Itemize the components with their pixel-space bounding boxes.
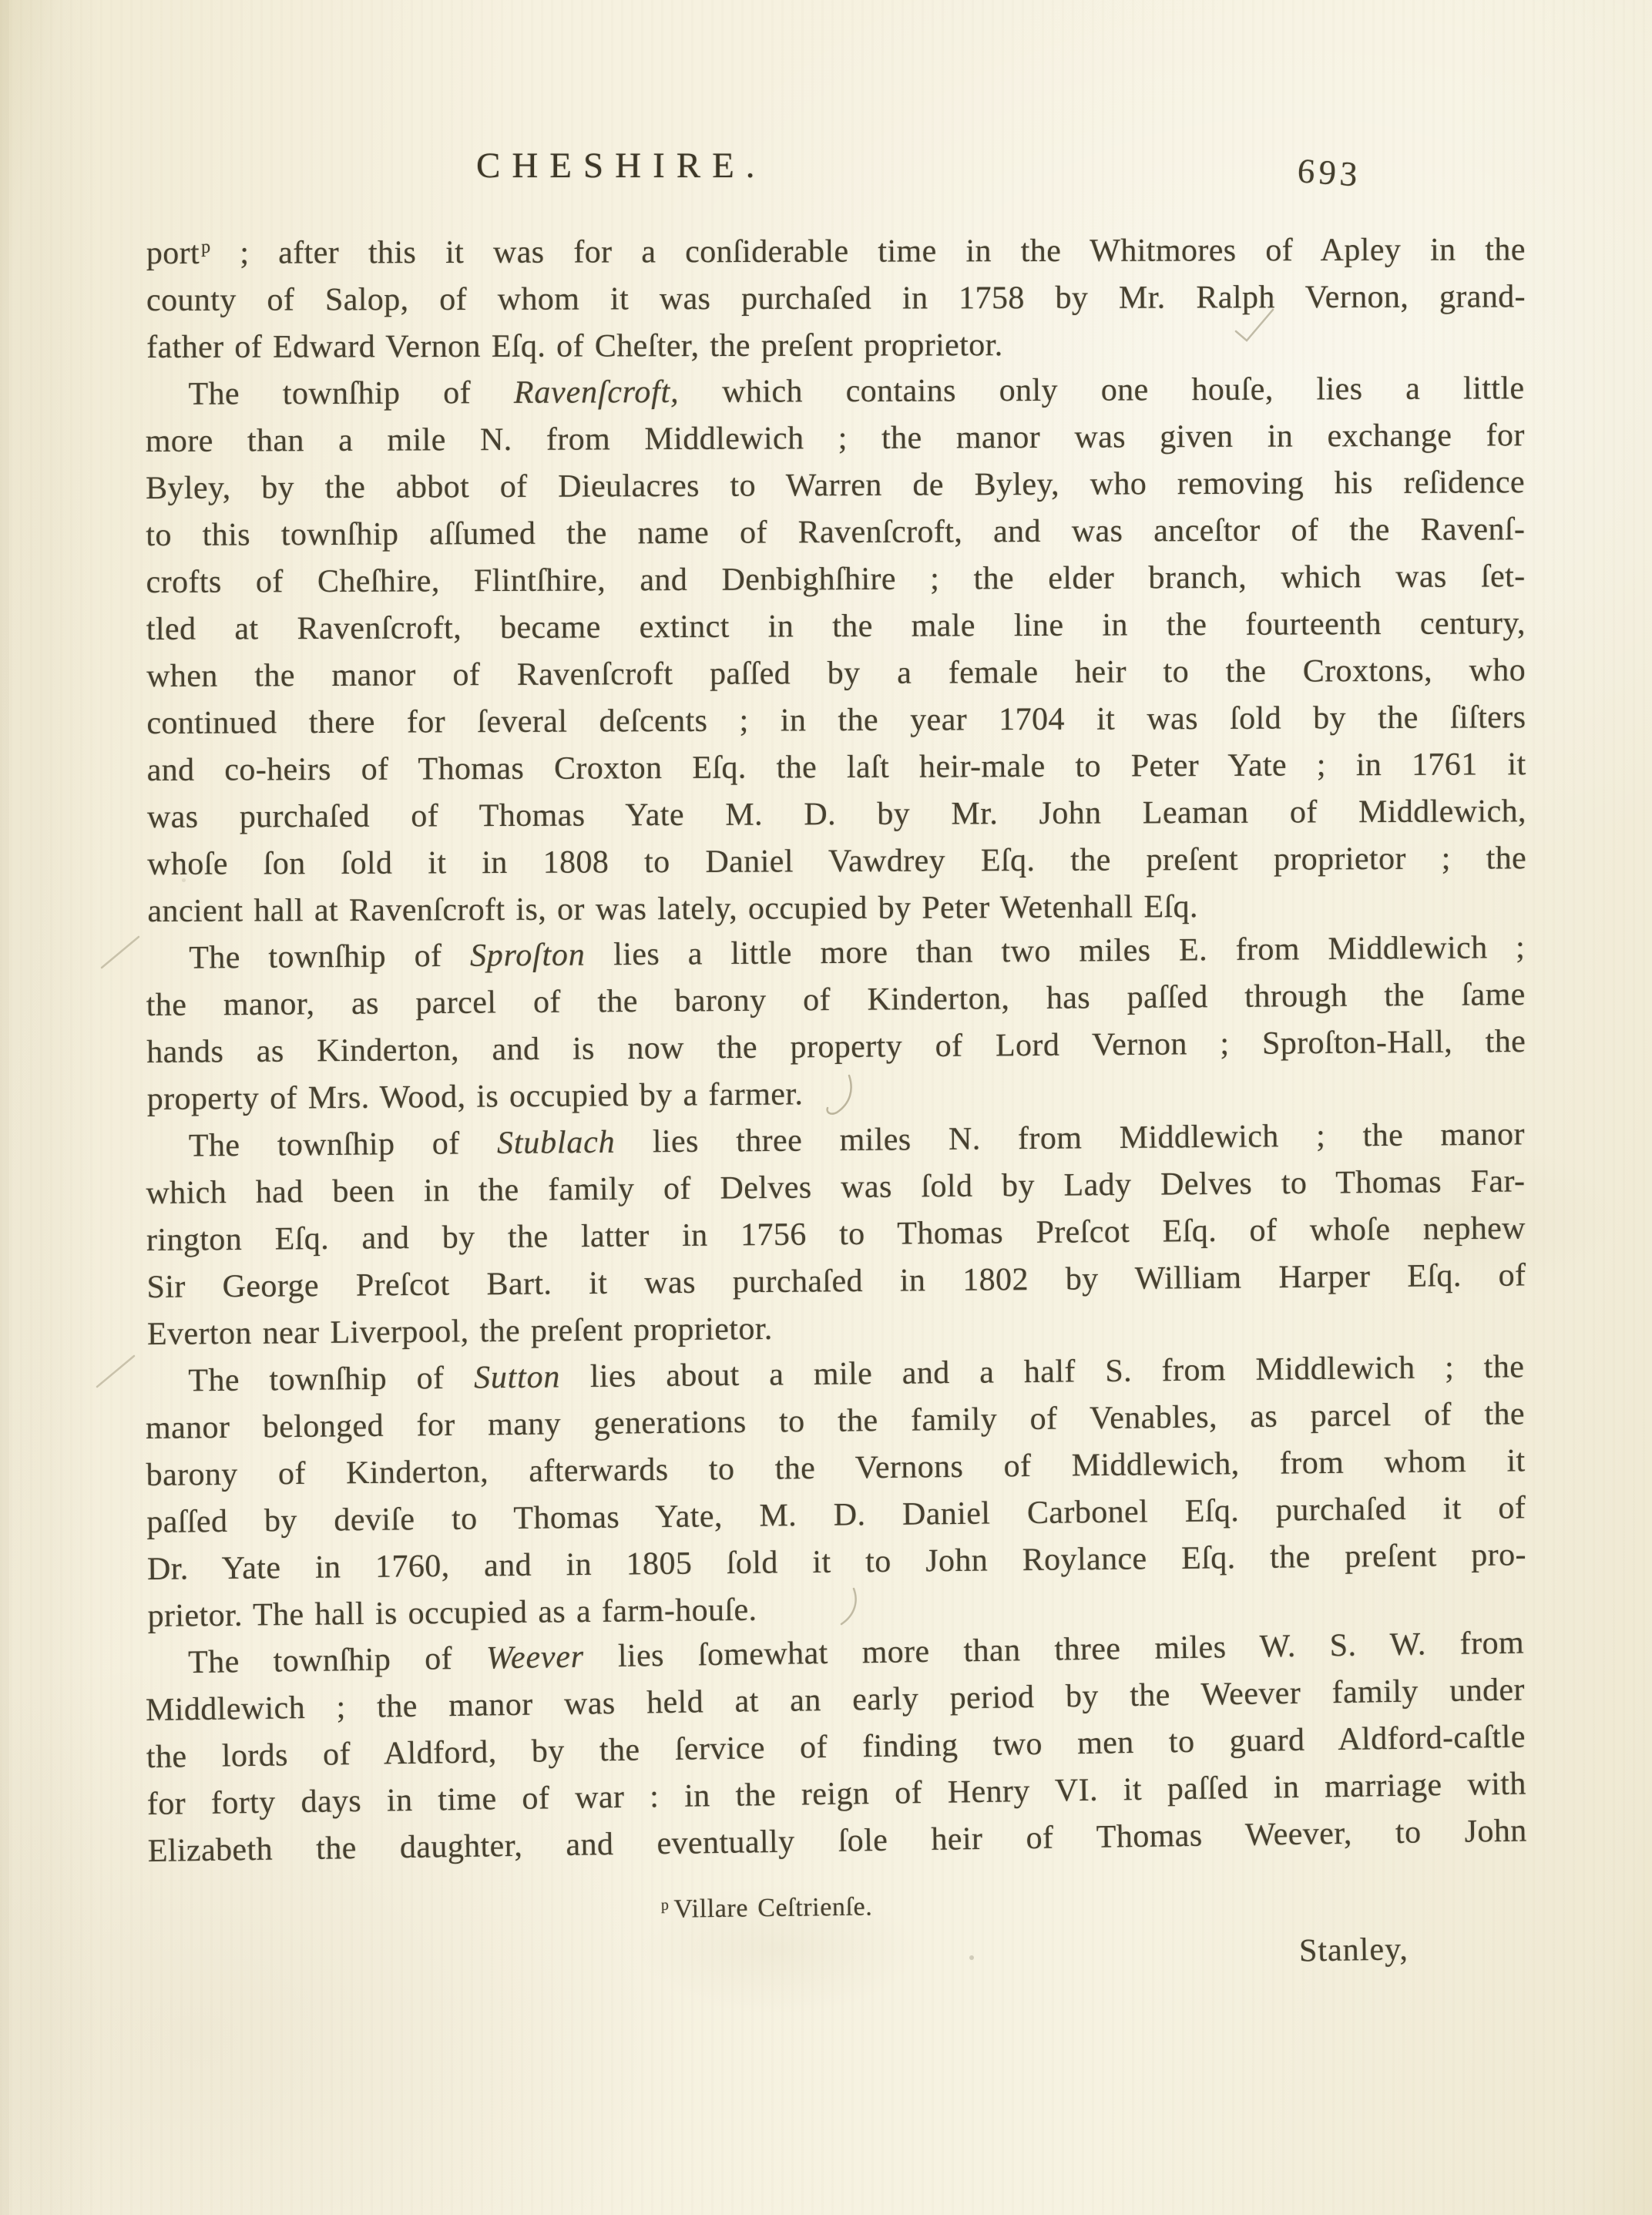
text-segment: property of Mrs. Wood, is occupied by a …	[147, 1076, 804, 1117]
text-line: Byley, by the abbot of Dieulacres to War…	[146, 459, 1525, 512]
text-segment: Sir George Preſcot Bart. it was purchaſe…	[146, 1257, 1526, 1305]
text-segment: barony of Kinderton, afterwards to the V…	[146, 1443, 1525, 1493]
text-segment: Dr. Yate in 1760, and in 1805 ſold it to…	[147, 1537, 1526, 1587]
scanned-book-page: { "page": { "header": { "title": "CHESHI…	[0, 0, 1652, 2215]
pen-mark-slash-sutton	[94, 1353, 137, 1390]
text-segment: rington Eſq. and by the latter in 1756 t…	[146, 1210, 1526, 1258]
text-segment: more than a mile N. from Middlewich ; th…	[146, 418, 1525, 459]
text-block: portp ; after this it was for a conſider…	[146, 230, 1526, 1875]
page-header-title: CHESHIRE.	[476, 145, 767, 186]
footnote: pVillare Ceſtrienſe.	[146, 1884, 1526, 1931]
text-segment: port	[146, 236, 200, 271]
text-line: when the manor of Ravenſcroft paſſed by …	[146, 647, 1526, 700]
text-segment: was purchaſed of Thomas Yate M. D. by Mr…	[147, 794, 1526, 835]
text-line: county of Salop, of whom it was purchaſe…	[146, 274, 1526, 324]
paragraph: The townſhip of Stublach lies three mile…	[146, 1111, 1527, 1358]
text-segment: ancient hall at Ravenſcroft is, or was l…	[147, 889, 1198, 929]
paragraph: portp ; after this it was for a conſider…	[146, 227, 1526, 371]
text-segment: The townſhip of	[188, 375, 514, 412]
pen-mark-slash-sproston	[99, 934, 142, 971]
text-segment: lies ſomewhat more than three miles W. S…	[584, 1625, 1525, 1674]
text-segment: prietor. The hall is occupied as a farm-…	[147, 1592, 757, 1634]
text-segment: paſſed by deviſe to Thomas Yate, M. D. D…	[146, 1490, 1526, 1540]
catchword-row: Stanley,	[146, 1929, 1526, 1988]
text-line: to this townſhip aſſumed the name of Rav…	[146, 506, 1525, 559]
text-segment: The townſhip of	[189, 938, 470, 976]
text-segment: The townſhip of	[188, 1640, 487, 1680]
text-segment: ; after this it was for a conſiderable t…	[210, 232, 1525, 270]
text-segment: Everton near Liverpool, the preſent prop…	[147, 1311, 773, 1352]
text-segment: manor belonged for many generations to t…	[146, 1396, 1525, 1446]
text-line: more than a mile N. from Middlewich ; th…	[146, 412, 1525, 465]
text-segment: crofts of Cheſhire, Flintſhire, and Denb…	[146, 559, 1525, 600]
footnote-marker: p	[201, 237, 210, 257]
text-segment: which had been in the family of Delves w…	[146, 1163, 1525, 1211]
text-line: was purchaſed of Thomas Yate M. D. by Mr…	[147, 788, 1526, 841]
text-segment: to this townſhip aſſumed the name of Rav…	[146, 512, 1525, 553]
text-segment: and co-heirs of Thomas Croxton Eſq. the …	[147, 747, 1526, 788]
ink-speck	[182, 878, 186, 882]
text-segment: hands as Kinderton, and is now the prope…	[146, 1024, 1526, 1070]
text-segment: Byley, by the abbot of Dieulacres to War…	[146, 465, 1525, 506]
township-name-italic: Ravenſcroft,	[514, 374, 680, 411]
footnote-text-line: pVillare Ceſtrienſe.	[146, 1884, 1526, 1931]
text-segment: lies a little more than two miles E. fro…	[585, 930, 1525, 973]
text-segment: county of Salop, of whom it was purchaſe…	[146, 279, 1526, 318]
paragraph: The townſhip of Sutton lies about a mile…	[145, 1344, 1527, 1640]
paragraph: The townſhip of Sproſton lies a little m…	[146, 925, 1526, 1123]
text-segment: father of Edward Vernon Eſq. of Cheſter,…	[146, 327, 1003, 365]
text-line: portp ; after this it was for a conſider…	[146, 227, 1526, 277]
text-line: tled at Ravenſcroft, became extinct in t…	[146, 600, 1526, 653]
township-name-italic: Sproſton	[470, 938, 586, 974]
text-segment: The townſhip of	[189, 1126, 498, 1163]
paragraph: The townſhip of Ravenſcroft, which conta…	[145, 365, 1526, 935]
text-segment: whoſe ſon ſold it in 1808 to Daniel Vawd…	[147, 841, 1526, 882]
text-segment: the manor, as parcel of the barony of Ki…	[146, 977, 1526, 1023]
text-segment: when the manor of Ravenſcroft paſſed by …	[146, 653, 1526, 694]
text-line: whoſe ſon ſold it in 1808 to Daniel Vawd…	[147, 835, 1526, 888]
text-line: father of Edward Vernon Eſq. of Cheſter,…	[146, 321, 1526, 371]
text-segment: continued there for ſeveral deſcents ; i…	[146, 700, 1526, 741]
text-segment: which contains only one houſe, lies a li…	[679, 371, 1524, 410]
paragraph: The townſhip of Weever lies ſomewhat mor…	[145, 1619, 1527, 1875]
footnote-marker: p	[661, 1897, 670, 1914]
text-line: continued there for ſeveral deſcents ; i…	[146, 694, 1526, 747]
township-name-italic: Sutton	[474, 1359, 561, 1395]
text-segment: lies three miles N. from Middlewich ; th…	[615, 1116, 1525, 1160]
catchword: Stanley,	[1299, 1931, 1409, 1969]
text-segment: The townſhip of	[188, 1361, 474, 1399]
township-name-italic: Weever	[486, 1639, 585, 1676]
text-line: crofts of Cheſhire, Flintſhire, and Denb…	[146, 553, 1525, 606]
footnote-text: Villare Ceſtrienſe.	[673, 1892, 872, 1923]
text-segment: lies about a mile and a half S. from Mid…	[560, 1349, 1525, 1394]
text-line: The townſhip of Ravenſcroft, which conta…	[145, 365, 1524, 418]
page-number: 693	[1296, 150, 1362, 195]
ink-speck	[969, 1955, 974, 1960]
township-name-italic: Stublach	[497, 1125, 616, 1161]
text-segment: tled at Ravenſcroft, became extinct in t…	[146, 606, 1526, 647]
text-line: and co-heirs of Thomas Croxton Eſq. the …	[147, 741, 1526, 794]
